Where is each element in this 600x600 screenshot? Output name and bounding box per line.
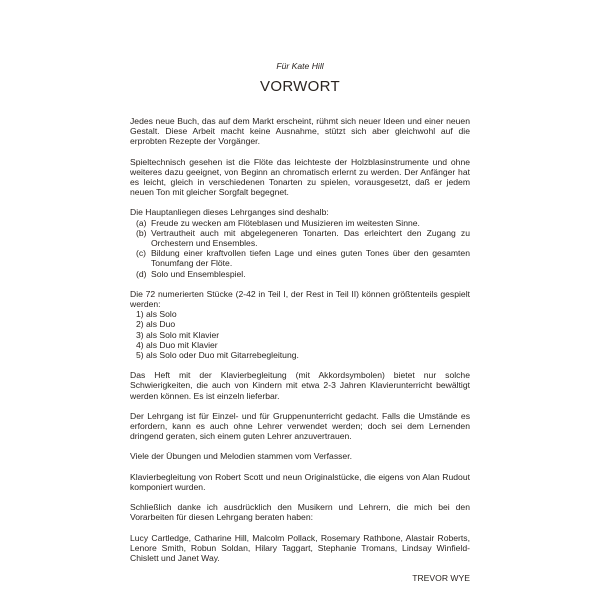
paragraph-piano: Das Heft mit der Klavierbegleitung (mit … [130, 370, 470, 401]
list-text: Freude zu wecken am Flöteblasen und Musi… [151, 218, 470, 228]
list-item: (a) Freude zu wecken am Flöteblasen und … [130, 218, 470, 228]
document-body: Jedes neue Buch, das auf dem Markt ersch… [130, 116, 470, 583]
list-item: (b) Vertrautheit auch mit abgelegeneren … [130, 228, 470, 248]
pieces-list: Die 72 numerierten Stücke (2-42 in Teil … [130, 289, 470, 360]
list-text: Vertrautheit auch mit abgelegeneren Tona… [151, 228, 470, 248]
paragraph-thanks: Schließlich danke ich ausdrücklich den M… [130, 502, 470, 522]
aims-list: Die Hauptanliegen dieses Lehrganges sind… [130, 207, 470, 278]
signature: TREVOR WYE [130, 573, 470, 583]
paragraph-accompaniment: Klavierbegleitung von Robert Scott und n… [130, 472, 470, 492]
list-marker: (b) [136, 228, 151, 248]
aims-intro: Die Hauptanliegen dieses Lehrganges sind… [130, 207, 470, 217]
list-text: Solo und Ensemblespiel. [151, 269, 470, 279]
paragraph-exercises: Viele der Übungen und Melodien stammen v… [130, 451, 470, 461]
list-marker: (a) [136, 218, 151, 228]
list-item: 1) als Solo [130, 309, 470, 319]
list-item: 4) als Duo mit Klavier [130, 340, 470, 350]
list-item: 2) als Duo [130, 319, 470, 329]
paragraph-course: Der Lehrgang ist für Einzel- und für Gru… [130, 411, 470, 442]
pieces-intro: Die 72 numerierten Stücke (2-42 in Teil … [130, 289, 470, 309]
paragraph-intro: Jedes neue Buch, das auf dem Markt ersch… [130, 116, 470, 147]
page-title: VORWORT [130, 78, 470, 96]
list-item: 5) als Solo oder Duo mit Gitarrebegleitu… [130, 350, 470, 360]
list-text: Bildung einer kraftvollen tiefen Lage un… [151, 248, 470, 268]
list-item: (d) Solo und Ensemblespiel. [130, 269, 470, 279]
paragraph-names: Lucy Cartledge, Catharine Hill, Malcolm … [130, 533, 470, 564]
paragraph-technique: Spieltechnisch gesehen ist die Flöte das… [130, 157, 470, 198]
list-marker: (c) [136, 248, 151, 268]
dedication: Für Kate Hill [130, 61, 470, 71]
list-item: 3) als Solo mit Klavier [130, 330, 470, 340]
list-item: (c) Bildung einer kraftvollen tiefen Lag… [130, 248, 470, 268]
list-marker: (d) [136, 269, 151, 279]
